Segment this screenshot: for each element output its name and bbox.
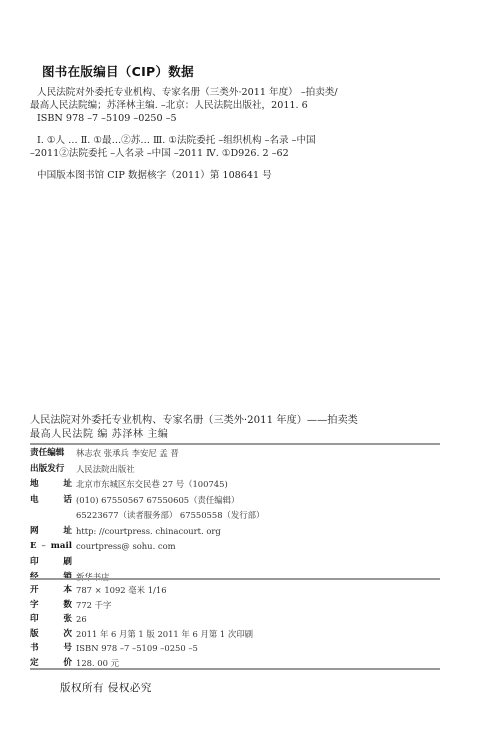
label-editor: 责任编辑 xyxy=(30,446,72,460)
value-isbn: ISBN 978 –7 –5109 –0250 –5 xyxy=(76,641,198,655)
value-format: 787 × 1092 毫米 1/16 xyxy=(76,583,167,597)
divider-bottom xyxy=(30,668,440,670)
value-sheets: 26 xyxy=(76,612,87,626)
label-isbn: 书 号 xyxy=(30,641,72,655)
label-distributor: 经 销 xyxy=(30,570,72,584)
book-authors: 最高人民法院 编 苏泽林 主编 xyxy=(30,425,169,440)
label-edition: 版 次 xyxy=(30,627,72,641)
cip-line-1: 人民法院对外委托专业机构、专家名册（三类外·2011 年度） –拍卖类/ xyxy=(37,87,338,99)
label-wordcount: 字 数 xyxy=(30,598,72,612)
value-distributor: 新华书店 xyxy=(76,570,110,584)
value-wordcount: 772 千字 xyxy=(76,598,111,612)
book-title: 人民法院对外委托专业机构、专家名册（三类外·2011 年度）——拍卖类 xyxy=(30,411,358,426)
value-address: 北京市东城区东交民巷 27 号（100745) xyxy=(76,477,228,491)
label-address: 地 址 xyxy=(30,477,72,491)
cip-line-3: ISBN 978 –7 –5109 –0250 –5 xyxy=(37,113,177,125)
label-printer: 印 刷 xyxy=(30,555,72,569)
value-website: http: //courtpress. chinacourt. org xyxy=(76,524,221,538)
divider-top xyxy=(30,443,440,445)
label-publisher: 出版发行 xyxy=(30,462,72,476)
cip-line-5: –2011②法院委托 –人名录 –中国 –2011 Ⅳ. ①D926. 2 –6… xyxy=(30,148,289,160)
divider-middle xyxy=(30,578,440,580)
cip-line-6: 中国版本图书馆 CIP 数据核字（2011）第 108641 号 xyxy=(37,170,272,182)
value-phone: (010) 67550567 67550605（责任编辑） xyxy=(76,493,239,507)
copyright-notice: 版权所有 侵权必究 xyxy=(60,680,152,695)
value-phone-2: 65223677（读者服务部） 67550558（发行部） xyxy=(76,508,264,522)
cip-line-2: 最高人民法院编；苏泽林主编. –北京：人民法院出版社，2011. 6 xyxy=(30,100,308,112)
value-publisher: 人民法院出版社 xyxy=(76,462,135,476)
value-edition: 2011 年 6 月第 1 版 2011 年 6 月第 1 次印刷 xyxy=(76,627,253,641)
label-format: 开 本 xyxy=(30,583,72,597)
value-editor: 林志农 张承兵 李安尼 孟 晋 xyxy=(76,446,179,460)
label-sheets: 印 张 xyxy=(30,612,72,626)
cip-heading: 图书在版编目（CIP）数据 xyxy=(42,62,194,80)
label-website: 网 址 xyxy=(30,524,72,538)
label-phone: 电 话 xyxy=(30,493,72,507)
value-email: courtpress@ sohu. com xyxy=(76,539,176,553)
cip-line-4: Ⅰ. ①人 … Ⅱ. ①最…②苏… Ⅲ. ①法院委托 –组织机构 –名录 –中国 xyxy=(37,135,316,147)
label-email: E – mail xyxy=(30,539,72,553)
